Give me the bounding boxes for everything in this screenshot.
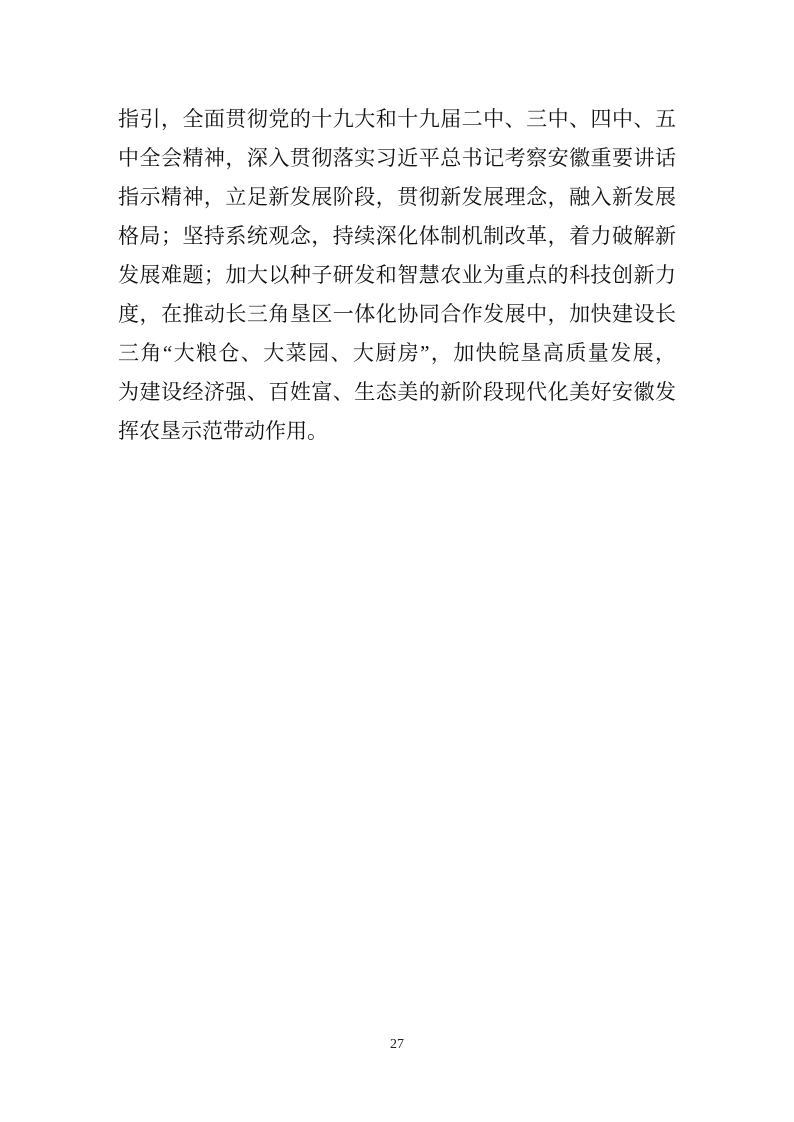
document-page: 指引，全面贯彻党的十九大和十九届二中、三中、四中、五 中全会精神，深入贯彻落实习…	[0, 0, 794, 1122]
paragraph-line: 度，在推动长三角垦区一体化协同合作发展中，加快建设长	[118, 295, 676, 334]
paragraph-line: 中全会精神，深入贯彻落实习近平总书记考察安徽重要讲话	[118, 139, 676, 178]
paragraph-line: 挥农垦示范带动作用。	[118, 412, 676, 451]
paragraph-line: 指引，全面贯彻党的十九大和十九届二中、三中、四中、五	[118, 100, 676, 139]
paragraph-line: 格局；坚持系统观念，持续深化体制机制改革，着力破解新	[118, 217, 676, 256]
body-paragraph: 指引，全面贯彻党的十九大和十九届二中、三中、四中、五 中全会精神，深入贯彻落实习…	[118, 100, 676, 451]
page-number: 27	[0, 1036, 794, 1054]
paragraph-line: 发展难题；加大以种子研发和智慧农业为重点的科技创新力	[118, 256, 676, 295]
paragraph-line: 三角“大粮仓、大菜园、大厨房”，加快皖垦高质量发展，	[118, 334, 676, 373]
paragraph-line: 为建设经济强、百姓富、生态美的新阶段现代化美好安徽发	[118, 373, 676, 412]
paragraph-line: 指示精神，立足新发展阶段，贯彻新发展理念，融入新发展	[118, 178, 676, 217]
